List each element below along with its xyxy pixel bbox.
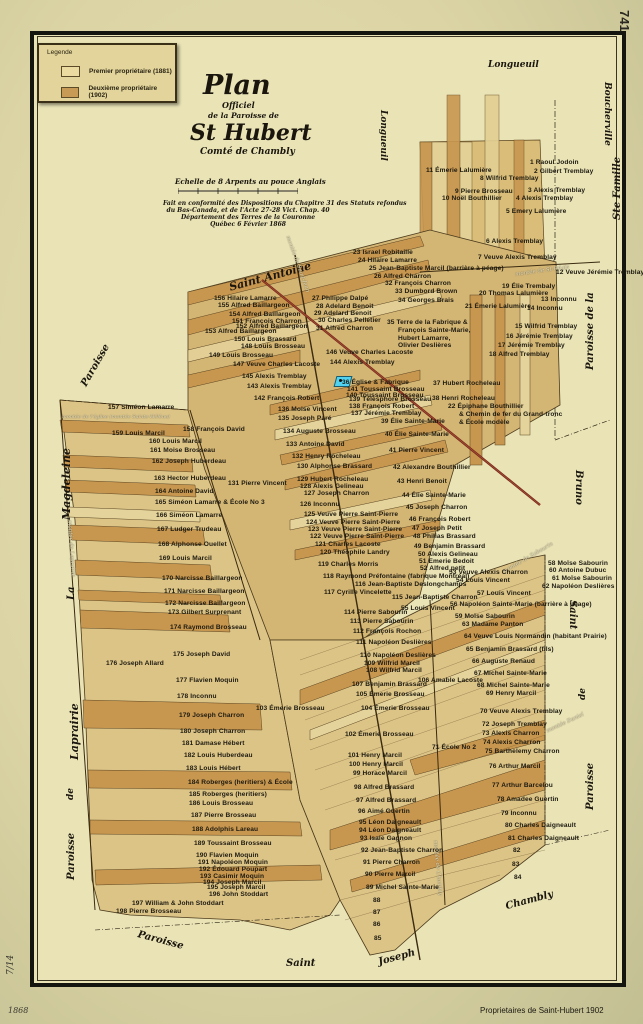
lot-label: 97 Alfred Brassard (356, 797, 416, 804)
archive-number: 741 (617, 10, 632, 32)
lot-label: 36 Église & Fabrique (342, 379, 409, 386)
swatch-light (61, 66, 80, 77)
lot-label: 146 Veuve Charles Lacoste (326, 349, 413, 356)
lot-label: 137 Jérémie Tremblay (351, 410, 422, 417)
legend-label: Premier propriétaire (1881) (89, 68, 172, 75)
lot-label: 129 Hubert Rocheleau (297, 476, 368, 483)
lot-label: 195 Joseph Marcil (207, 884, 266, 891)
lot-label: 18 Alfred Tremblay (489, 351, 550, 358)
lot-label: 39 Élie Sainte-Marie (381, 418, 445, 425)
lot-label: 127 Joseph Charron (304, 490, 369, 497)
lot-label: 91 Pierre Charron (363, 859, 420, 866)
lot-label: 125 Veuve Pierre Saint-Pierre (304, 511, 398, 518)
lot-label: 40 Élie Sainte-Marie (385, 431, 449, 438)
lot-label: Hubert Lamarre, (398, 335, 450, 342)
lot-label: 159 Louis Marcil (112, 430, 165, 437)
lot-label: 109 Wilfrid Marcil (364, 660, 420, 667)
lot-label: 167 Ludger Trudeau (157, 526, 221, 533)
lot-label: 7 Veuve Alexis Tremblay (478, 254, 557, 261)
caption: Proprietaires de Saint-Hubert 1902 (480, 1006, 604, 1015)
lot-label: 20 Thomas Lalumière (479, 290, 548, 297)
legend-item-second-owner: Deuxième propriétaire (1902) (61, 85, 175, 99)
lot-label: 172 Narcisse Baillargeon (165, 600, 245, 607)
lot-label: 153 Alfred Baillargeon (205, 328, 277, 335)
lot-label: 58 Moïse Sabourin (548, 560, 608, 567)
lot-label: 65 Benjamin Brassard (fils) (466, 646, 554, 653)
lot-label: 14 Inconnu (527, 305, 563, 312)
lot-label: 78 Amadee Guertin (497, 796, 559, 803)
lot-label: 103 Émerie Brosseau (256, 705, 325, 712)
lot-label: & École modèle (459, 419, 510, 426)
lot-label: 57 Louis Vincent (477, 590, 531, 597)
legend: Legende Premier propriétaire (1881) Deux… (37, 43, 177, 103)
lot-label: 155 Alfred Baillargeon (218, 302, 290, 309)
lot-label: 81 Charles Daigneault (508, 835, 579, 842)
title-comte: Comté de Chambly (200, 147, 295, 157)
lot-label: 145 Alexis Tremblay (242, 373, 307, 380)
lot-label: 111 Napoléon Deslières (356, 639, 432, 646)
lot-label: 22 Épiphane Bouthillier (448, 403, 524, 410)
lot-label: 89 Michel Sainte-Marie (366, 884, 439, 891)
lot-label: 169 Louis Marcil (159, 555, 212, 562)
lot-label: 138 François Robert (349, 403, 414, 410)
lot-label: 80 Charles Daigneault (505, 822, 576, 829)
lot-label: 190 Flavien Moquin (196, 852, 259, 859)
lot-label: 44 Élie Sainte-Marie (402, 492, 466, 499)
title-plan: Plan (203, 70, 271, 101)
label-longueuil-side: Longueuil (378, 110, 388, 161)
lot-label: 2 Gilbert Tremblay (534, 168, 593, 175)
lot-label: 67 Michel Sainte-Marie (474, 670, 547, 677)
lot-label: 55 Louis Vincent (401, 605, 455, 612)
lot-label: 33 Dumbord Brown (395, 288, 457, 295)
lot-label: 35 Terre de la Fabrique & (387, 319, 468, 326)
lot-label: 121 Charles Lacoste (315, 541, 381, 548)
lot-label: 86 (373, 921, 381, 928)
lot-label: 101 Henry Marcil (348, 752, 402, 759)
lot-label: 156 Hilaire Lamarre (214, 295, 277, 302)
lot-label: 3 Alexis Tremblay (528, 187, 585, 194)
lot-label: 12 Veuve Jérémie Tremblay (556, 269, 643, 276)
lot-label: 6 Alexis Tremblay (486, 238, 543, 245)
lot-label: 174 Raymond Brosseau (170, 624, 247, 631)
fait-line: Québec 6 Février 1868 (163, 221, 333, 228)
lot-label: 183 Louis Hébert (186, 765, 241, 772)
pencil-year: 1868 (8, 1006, 28, 1015)
lot-label: 66 Auguste Renaud (472, 658, 535, 665)
lot-label: 34 Georges Brais (398, 297, 454, 304)
lot-label: 117 Cyrille Vincelette (324, 589, 392, 596)
scale-bar (178, 188, 298, 196)
lot-label: 69 Henry Marcil (486, 690, 536, 697)
lot-label: 149 Louis Brosseau (209, 352, 273, 359)
lot-label: 68 Michel Sainte-Marie (477, 682, 550, 689)
lot-label: 74 Alexis Charron (483, 739, 541, 746)
lot-label: 185 Roberges (heritiers) (189, 791, 267, 798)
lot-label: 30 Charles Pelletier (318, 317, 381, 324)
lot-label: 108 Wilfrid Marcil (366, 667, 422, 674)
lot-label: 102 Émerie Brosseau (345, 731, 414, 738)
lot-label: 191 Napoléon Moquin (198, 859, 268, 866)
lot-label: 60 Antoine Dubuc (549, 567, 606, 574)
lot-label: 5 Emery Lalumière (506, 208, 566, 215)
lot-label: 56 Napoléon Sainte-Marie (barrière à péa… (450, 601, 592, 608)
lot-label: Olivier Deslières (398, 342, 451, 349)
lot-label: 84 (514, 874, 522, 881)
legend-item-first-owner: Premier propriétaire (1881) (61, 66, 172, 77)
lot-label: 113 Pierre Sabourin (350, 618, 413, 625)
lot-label: 135 Joseph Paré (278, 415, 332, 422)
lot-label: 37 Hubert Rocheleau (433, 380, 501, 387)
lot-label: 119 Charles Morris (318, 561, 378, 568)
lot-label: 143 Alexis Tremblay (247, 383, 312, 390)
lot-label: 179 Joseph Charron (179, 712, 244, 719)
lot-label: 123 Veuve Pierre Saint-Pierre (308, 526, 402, 533)
lot-label: 71 École No 2 (432, 744, 476, 751)
lot-label: 189 Toussaint Brosseau (194, 840, 272, 847)
lot-label: & Chemin de fer du Grand-tronc (459, 411, 562, 418)
legend-label: Deuxième propriétaire (1902) (88, 85, 175, 99)
swatch-dark (61, 87, 79, 98)
lot-label: 118 Raymond Préfontaine (fabrique Montré… (323, 573, 469, 580)
lot-label: 21 Émerie Lalumière (465, 303, 531, 310)
lot-label: 173 Gilbert Surprenant (168, 609, 241, 616)
lot-label: 59 Moïse Sabourin (455, 613, 515, 620)
lot-label: 64 Veuve Louis Normandin (habitant Prair… (464, 633, 607, 640)
lot-label: 142 François Robert (254, 395, 319, 402)
lot-label: 178 Inconnu (177, 693, 217, 700)
lot-label: 77 Arthur Barcelou (492, 782, 553, 789)
lot-label: 197 William & John Stoddart (132, 900, 224, 907)
lot-label: 48 Philias Brassard (413, 533, 476, 540)
lot-label: 9 Pierre Brosseau (455, 188, 513, 195)
lot-label: 131 Pierre Vincent (228, 480, 287, 487)
title-fait: Fait en conformité des Dispositions du C… (163, 200, 333, 228)
lot-label: 132 Henry Rocheleau (292, 453, 361, 460)
lot-label: 175 Joseph David (173, 651, 230, 658)
lot-label: 16 Jérémie Tremblay (506, 333, 573, 340)
lot-label: 15 Wilfrid Tremblay (515, 323, 577, 330)
road-label-eglise: montée de l'église (montée Sainte-Hélène… (62, 414, 170, 420)
lot-label: 25 Jean-Baptiste Marcil (barrière à péag… (369, 265, 504, 272)
lot-label: 85 (374, 935, 382, 942)
lot-label: 110 Napoléon Deslières (360, 652, 436, 659)
lot-label: 73 Alexis Charron (482, 730, 540, 737)
label-laprairie: Laprairie (68, 703, 81, 760)
lot-label: 148 Louis Brosseau (241, 343, 305, 350)
lot-label: 181 Damase Hébert (182, 740, 245, 747)
lot-label: 196 John Stoddart (209, 891, 268, 898)
fait-line: du Bas-Canada, et de l'Acte 27-28 Vict. … (163, 207, 333, 214)
label-paroisse-de-la: Paroisse de la (585, 292, 596, 370)
lot-label: 61 Moïse Sabourin (552, 575, 612, 582)
label-paroisse-sw: Paroisse (66, 833, 77, 880)
lot-label: 165 Siméon Lamarre & École No 3 (155, 499, 265, 506)
lot-label: 19 Élie Trembaly (502, 283, 555, 290)
lot-label: 95 Léon Daigneault (359, 819, 421, 826)
lot-label: 41 Pierre Vincent (389, 447, 444, 454)
lot-label: 13 Inconnu (541, 296, 577, 303)
label-boucherville: Boucherville (602, 82, 612, 146)
title-officiel: Officiel (222, 100, 255, 110)
lot-label: 164 Antoine David (155, 488, 214, 495)
lot-label: 79 Inconnu (501, 810, 537, 817)
label-de: de (66, 788, 76, 800)
lot-label: 94 Léon Daigneault (359, 827, 421, 834)
lot-label: 93 Isaie Gagnon (360, 835, 412, 842)
lot-label: 116 Jean-Baptiste Deslongchamps (355, 581, 467, 588)
lot-label: 170 Narcisse Baillargeon (162, 575, 242, 582)
lot-label: 62 Napoléon Deslières (542, 583, 614, 590)
lot-label: 92 Jean-Baptiste Charron (361, 847, 443, 854)
lot-label: 150 Louis Brassard (234, 336, 297, 343)
lot-label: 46 François Robert (409, 516, 471, 523)
lot-label: 160 Louis Marcil (149, 438, 202, 445)
lot-label: 88 (373, 897, 381, 904)
label-magdeleine: Magdeleine (60, 448, 73, 520)
lot-label: 128 Alexis Gelineau (300, 483, 364, 490)
lot-label: 1 Raoul Jodoin (530, 159, 579, 166)
lot-label: 166 Siméon Lamarre (156, 512, 222, 519)
lot-label: 144 Alexis Tremblay (330, 359, 395, 366)
lot-label: 99 Horace Marcil (353, 770, 407, 777)
lot-label: 180 Joseph Charron (180, 728, 245, 735)
lot-label: 161 Moise Brosseau (150, 447, 215, 454)
title-saint-hubert: St Hubert (190, 120, 312, 146)
pencil-ref: 7/14 (6, 955, 16, 975)
lot-label: 47 Joseph Petit (412, 525, 462, 532)
lot-label: 105 Émerie Brosseau (356, 691, 425, 698)
lot-label: 184 Roberges (heritiers) & École (188, 779, 293, 786)
lot-label: 43 Henri Benoit (397, 478, 447, 485)
lot-label: 126 Inconnu (300, 501, 340, 508)
label-longueuil-top: Longueuil (488, 60, 539, 70)
lot-label: 100 Henry Marcil (349, 761, 403, 768)
scale-label: Echelle de 8 Arpents au pouce Anglais (175, 177, 326, 186)
lot-label: 63 Madame Panton (462, 621, 523, 628)
lot-label: 82 (513, 847, 521, 854)
lot-label: 75 Barthelemy Charron (485, 748, 560, 755)
fait-line: Département des Terres de la Couronne (163, 214, 333, 221)
lot-label: 8 Wilfrid Tremblay (480, 175, 539, 182)
lot-label: 112 François Rochon (353, 628, 421, 635)
label-de-se: de (578, 688, 588, 700)
lot-label: 72 Joseph Tremblay (482, 721, 547, 728)
lot-label: 157 Siméon Lamarre (108, 404, 174, 411)
lot-label: 27 Philippe Dalpé (312, 295, 368, 302)
lot-label: 192 Édouard Poupart (199, 866, 267, 873)
lot-label: 76 Arthur Marcil (489, 763, 541, 770)
lot-label: 163 Hector Huberdeau (154, 475, 226, 482)
lot-label: 70 Veuve Alexis Tremblay (480, 708, 562, 715)
title-paroisse-de: de la Paroisse de (208, 111, 279, 120)
lot-label: 50 Alexis Gelineau (418, 551, 478, 558)
lot-label: 90 Pierre Marcil (365, 871, 415, 878)
lot-label: 188 Adolphis Lareau (192, 826, 258, 833)
lot-label: 134 Auguste Brosseau (283, 428, 356, 435)
lot-label: 133 Antoine David (286, 441, 345, 448)
lot-label: 23 Israel Robitaille (353, 249, 413, 256)
lot-label: 147 Veuve Charles Lacoste (233, 361, 320, 368)
lot-label: 38 Henri Rocheleau (432, 395, 495, 402)
lot-label: 17 Jérémie Tremblay (498, 342, 565, 349)
lot-label: 162 Joseph Huberdeau (152, 458, 226, 465)
lot-label: 31 Alfred Charron (316, 325, 373, 332)
lot-label: 32 François Charron (385, 280, 451, 287)
lot-label: 124 Veuve Pierre Saint-Pierre (306, 519, 400, 526)
lot-label: 141 Toussaint Brosseau (347, 386, 425, 393)
lot-label: 45 Joseph Charron (406, 504, 467, 511)
lot-label: 87 (373, 909, 381, 916)
lot-label: 107 Benjamin Brassard (352, 681, 427, 688)
lot-label: 140 Toussaint Brosseau (346, 392, 424, 399)
lot-label: 4 Alexis Tremblay (516, 195, 573, 202)
lot-label: 171 Narcisse Baillargeon (164, 588, 244, 595)
lot-label: 136 Moise Vincent (278, 406, 337, 413)
lot-label: 26 Alfred Charron (374, 273, 431, 280)
label-paroisse-se: Paroisse (585, 763, 596, 810)
lot-label: 51 Emerie Bedoit (419, 558, 474, 565)
lot-label: 29 Adelard Benoit (314, 310, 372, 317)
lot-label: 177 Flavien Moquin (176, 677, 239, 684)
lot-label: 28 Adelard Benoit (316, 303, 374, 310)
label-saint-joseph-1: Saint (286, 958, 315, 969)
lot-label: François Sainte-Marie, (398, 327, 471, 334)
lot-label: 187 Pierre Brosseau (191, 812, 256, 819)
label-la: La (66, 586, 77, 600)
lot-label: 158 François David (183, 426, 245, 433)
lot-label: 182 Louis Huberdeau (184, 752, 253, 759)
label-bruno: Bruno (573, 470, 584, 505)
lot-label: 24 Hilaire Lamarre (358, 257, 417, 264)
lot-label: 186 Louis Brosseau (189, 800, 253, 807)
lot-label: 49 Benjamin Brassard (414, 543, 485, 550)
lot-label: 176 Joseph Allard (106, 660, 164, 667)
lot-label: 83 (512, 861, 520, 868)
lot-label: 122 Veuve Pierre Saint-Pierre (310, 533, 404, 540)
lot-label: 130 Alphonse Brassard (297, 463, 372, 470)
lot-label: 10 Noël Bouthillier (442, 195, 502, 202)
lot-label: 115 Jean-Baptiste Charron (392, 594, 478, 601)
lot-label: 154 Alfred Baillargeon (229, 311, 301, 318)
lot-label: 96 Aimé Guertin (358, 808, 410, 815)
lot-label: 106 Amable Lacoste (418, 677, 483, 684)
lot-label: 98 Alfred Brassard (354, 784, 414, 791)
lot-label: 168 Alphonse Ouellet (158, 541, 227, 548)
lot-label: 104 Émerie Brosseau (361, 705, 430, 712)
lot-label: 114 Pierre Sabourin (344, 609, 407, 616)
lot-label: 42 Alexandre Bouthillier (393, 464, 471, 471)
legend-title: Legende (47, 49, 72, 56)
label-ste-famille: Ste Famille (612, 157, 623, 220)
lot-label: 11 Émerie Lalumière (426, 167, 492, 174)
fait-line: Fait en conformité des Dispositions du C… (163, 200, 333, 207)
lot-label: 198 Pierre Brosseau (116, 908, 181, 915)
lot-label: 120 Théophile Landry (320, 549, 390, 556)
